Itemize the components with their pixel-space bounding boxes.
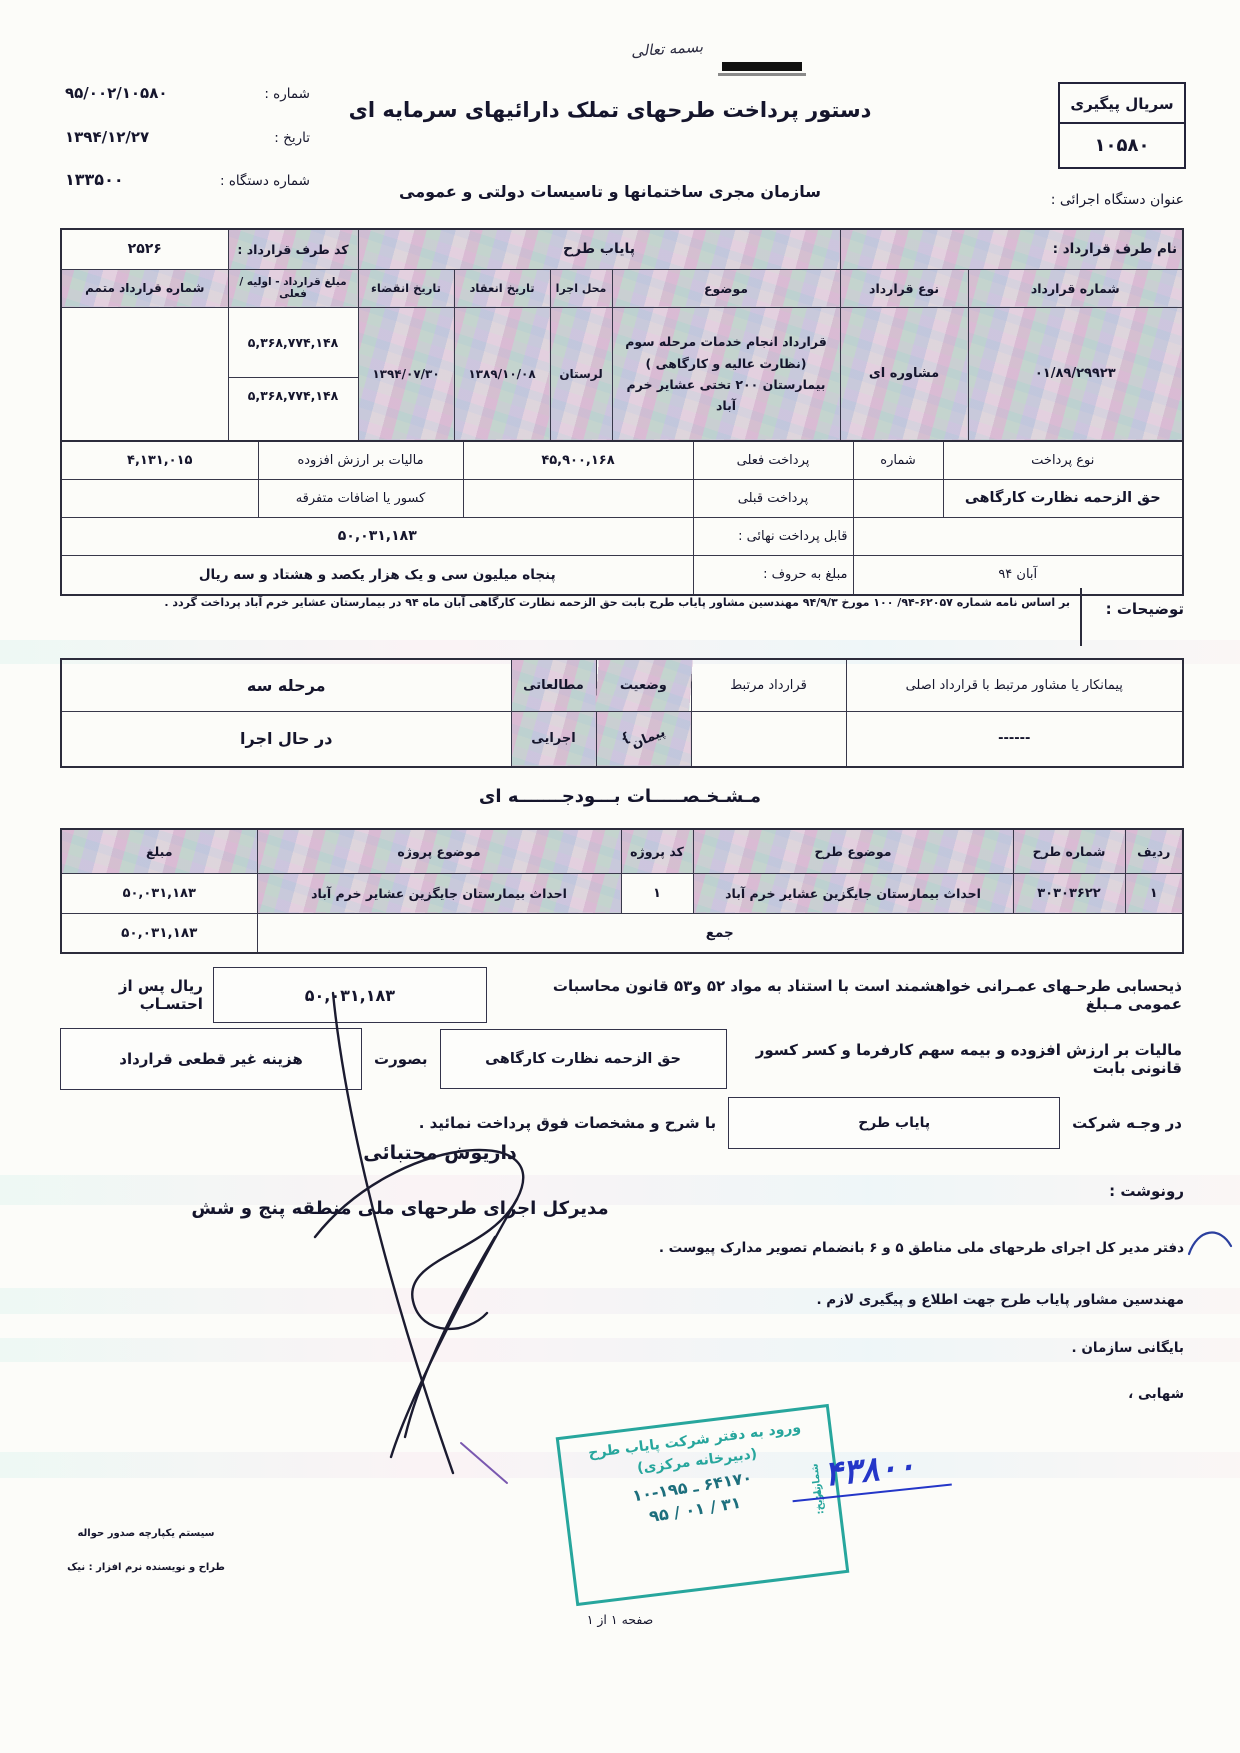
budget-header-amount: مبلغ [61,829,257,873]
budget-section-title: مـشـخـصـــــات بـــودجـــــــه ای [260,786,980,807]
contract-type-value: مشاوره ای [840,307,968,441]
payment-current-value: ۴۵,۹۰۰,۱۶۸ [463,441,693,479]
budget-header-plan-number: شماره طرح [1013,829,1125,873]
status-peyman-word: پیمان [629,725,667,752]
status-related-value [691,711,846,767]
handwritten-checkmark [1184,1222,1236,1264]
doc-number-row: شماره : ۹۵/۰۰۲/۱۰۵۸۰ [65,84,310,102]
notes-text: بر اساس نامه شماره ۶۲۰۵۷-۹۴/ ۱۰۰ مورخ ۹۴… [140,596,1070,609]
company-entry-stamp: ورود به دفتر شرکت پایاب طرح (دبیرخانه مر… [556,1404,850,1606]
status-phase-label: مرحله سه [61,659,511,711]
contract-header-number: شماره قرارداد [968,269,1183,307]
status-phase-value: در حال اجرا [61,711,511,767]
doc-date-value: ۱۳۹۴/۱۲/۲۷ [65,128,149,146]
device-number-row: شماره دستگاه : ۱۳۳۵۰۰ [65,170,310,189]
status-study-label: مطالعاتی [511,659,596,711]
payment-vat-value: ۴,۱۳۱,۰۱۵ [61,441,258,479]
payment-final-label: قابل پرداخت نهائی : [693,517,853,555]
contract-header-location: محل اجرا [550,269,612,307]
budget-plan-number: ۳۰۳۰۳۶۲۲ [1013,873,1125,913]
tracking-serial-box: سریال پیگیری ۱۰۵۸۰ [1058,82,1186,169]
instruction-line3-text: در وجـه شرکت [1072,1114,1182,1132]
payment-current-label: پرداخت فعلی [693,441,853,479]
payment-vat-label: مالیات بر ارزش افزوده [258,441,463,479]
budget-plan-subject: احداث بیمارستان جایگزین عشایر خرم آباد [693,873,1013,913]
contract-header-amount: مبلغ قرارداد - اولیه / فعلی [228,269,358,307]
budget-project-code: ۱ [621,873,693,913]
status-peyman-cell: پیمان{ [596,711,691,767]
payment-final-value: ۵۰,۰۳۱,۱۸۳ [61,517,693,555]
payment-type-value: حق الزحمه نظارت کارگاهی [943,479,1183,517]
payment-period-value: آبان ۹۴ [853,555,1183,595]
copy-item-2: مهندسین مشاور پایاب طرح جهت اطلاع و پیگی… [584,1292,1184,1308]
device-number-label: شماره دستگاه : [220,173,310,189]
copy-item-4: شهابی ، [584,1386,1184,1402]
contract-supplement-value [61,307,228,441]
copy-item-3: بایگانی سازمان . [584,1340,1184,1356]
contract-table: نام طرف قرارداد : پایاب طرح کد طرف قرارد… [60,228,1184,442]
budget-total-value: ۵۰,۰۳۱,۱۸۳ [61,913,257,953]
budget-amount: ۵۰,۰۳۱,۱۸۳ [61,873,257,913]
budget-header-row-number: ردیف [1125,829,1183,873]
payment-deductions-label: کسور یا اضافات متفرقه [258,479,463,517]
payment-words-label: مبلغ به حروف : [693,555,853,595]
payment-empty-cell [853,517,1183,555]
budget-header-plan-subject: موضوع طرح [693,829,1013,873]
exec-device-label: عنوان دستگاه اجرائی : [1000,192,1184,208]
contract-header-end-date: تاریخ انقضاء [358,269,454,307]
budget-table: ردیف شماره طرح موضوع طرح کد پروژه موضوع … [60,828,1184,954]
contract-number-value: ۰۱/۸۹/۲۹۹۲۳ [968,307,1183,441]
contract-party-name-value: پایاب طرح [358,229,840,269]
org-subtitle: سازمان مجری ساختمانها و تاسیسات دولتی و … [370,182,850,201]
copy-item-1: دفتر مدیر کل اجرای طرحهای ملی مناطق ۵ و … [584,1240,1184,1256]
notes-label: توضیحات : [1092,600,1184,618]
footer-system-line2: طراح و نویسنده نرم افزار : نیک [66,1562,226,1573]
contract-header-supplement: شماره قرارداد متمم [61,269,228,307]
budget-total-label: جمع [257,913,1183,953]
payment-previous-value [463,479,693,517]
instruction-company-box: پایاب طرح [728,1097,1060,1149]
contract-amount-initial-value: ۵,۳۶۸,۷۷۴,۱۴۸ [228,307,358,377]
instruction-line1-text: ذیحسابی طرحـهای عمـرانی خواهشمند است با … [497,977,1182,1013]
copies-label: رونوشت : [1092,1182,1184,1200]
scanned-payment-order-page: بسمه تعالی شماره : ۹۵/۰۰۲/۱۰۵۸۰ تاریخ : … [0,0,1240,1753]
contract-subject-value: قرارداد انجام خدمات مرحله سوم (نظارت عال… [612,307,840,441]
redaction-bar [722,62,802,71]
payment-number-label: شماره [853,441,943,479]
budget-header-project-code: کد پروژه [621,829,693,873]
redaction-bar-shadow [718,73,806,76]
page-title: دستور پرداخت طرحهای تملک دارائیهای سرمای… [330,98,890,122]
tracking-serial-value: ۱۰۵۸۰ [1060,124,1184,167]
doc-date-label: تاریخ : [274,130,310,146]
payment-previous-label: پرداخت قبلی [693,479,853,517]
notes-divider [1080,588,1082,646]
device-number-value: ۱۳۳۵۰۰ [65,170,124,189]
footer-system-line1: سیستم یکپارچه صدور حواله [66,1528,226,1539]
status-status-label: وضعیت [594,659,693,711]
budget-row-number: ۱ [1125,873,1183,913]
contract-header-type: نوع قرارداد [840,269,968,307]
contract-header-start-date: تاریخ انعقاد [454,269,550,307]
doc-date-row: تاریخ : ۱۳۹۴/۱۲/۲۷ [65,128,310,146]
budget-header-project-subject: موضوع پروژه [257,829,621,873]
payment-words-value: پنجاه میلیون سی و یک هزار یکصد و هشتاد و… [61,555,693,595]
payment-deductions-value [61,479,258,517]
handwritten-signature [255,985,595,1495]
instruction-line1: ذیحسابی طرحـهای عمـرانی خواهشمند است با … [60,966,1182,1024]
contract-party-name-label: نام طرف قرارداد : [840,229,1183,269]
contract-end-date-value: ۱۳۹۴/۰۷/۳۰ [358,307,454,441]
budget-project-subject: احداث بیمارستان جایگزین عشایر خرم آباد [257,873,621,913]
status-table: پیمانکار یا مشاور مرتبط با قرارداد اصلی … [60,658,1184,768]
instruction-line2-text: مالیات بر ارزش افزوده و بیمه سهم کارفرما… [739,1041,1182,1077]
status-contractor-label: پیمانکار یا مشاور مرتبط با قرارداد اصلی [846,659,1183,711]
status-exec-label: اجرایی [511,711,596,767]
contract-party-code-value: ۲۵۲۶ [61,229,228,269]
budget-row: ۱ ۳۰۳۰۳۶۲۲ احداث بیمارستان جایگزین عشایر… [61,873,1183,913]
contract-amount-current-value: ۵,۳۶۸,۷۷۴,۱۴۸ [228,377,358,441]
status-peyman-brace: { [619,730,633,747]
status-contractor-value: ------ [846,711,1183,767]
contract-header-subject: موضوع [612,269,840,307]
instruction-line1-suffix: ریال پس از احتسـاب [60,977,203,1013]
contract-start-date-value: ۱۳۸۹/۱۰/۰۸ [454,307,550,441]
doc-number-label: شماره : [264,86,310,102]
doc-number-value: ۹۵/۰۰۲/۱۰۵۸۰ [65,84,168,102]
payment-table: نوع پرداخت شماره پرداخت فعلی ۴۵,۹۰۰,۱۶۸ … [60,440,1184,596]
payment-type-label: نوع پرداخت [943,441,1183,479]
status-related-label: قرارداد مرتبط [691,659,846,711]
page-number: صفحه ۱ از ۱ [540,1612,700,1627]
bismillah-text: بسمه تعالی [612,36,723,62]
contract-party-code-label: کد طرف قرارداد : [228,229,358,269]
contract-location-value: لرستان [550,307,612,441]
instruction-line2: مالیات بر ارزش افزوده و بیمه سهم کارفرما… [60,1028,1182,1090]
tracking-serial-label: سریال پیگیری [1060,84,1184,124]
payment-number-value [853,479,943,517]
